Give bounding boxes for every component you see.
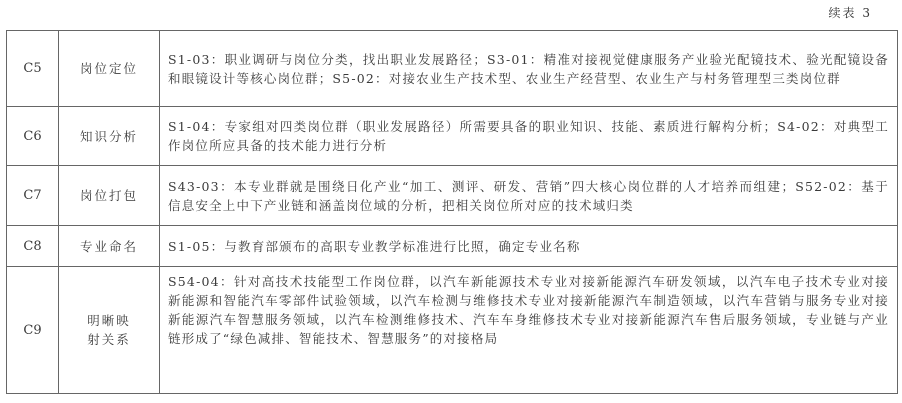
row-name: 专业命名: [59, 226, 160, 267]
row-name: 明晰映射关系: [59, 267, 160, 394]
table-row: C6 知识分析 S1-04：专家组对四类岗位群（职业发展路径）所需要具备的职业知…: [7, 107, 898, 166]
row-name: 岗位打包: [59, 166, 160, 226]
table-row: C9 明晰映射关系 S54-04：针对高技术技能型工作岗位群，以汽车新能源技术专…: [7, 267, 898, 394]
table-continuation-caption: 续表 3: [829, 4, 872, 21]
row-code: C6: [7, 107, 59, 166]
data-table: C5 岗位定位 S1-03：职业调研与岗位分类，找出职业发展路径；S3-01：精…: [6, 30, 898, 394]
table-row: C5 岗位定位 S1-03：职业调研与岗位分类，找出职业发展路径；S3-01：精…: [7, 31, 898, 107]
row-description: S1-04：专家组对四类岗位群（职业发展路径）所需要具备的职业知识、技能、素质进…: [160, 107, 898, 166]
row-name: 岗位定位: [59, 31, 160, 107]
table-row: C7 岗位打包 S43-03：本专业群就是围绕日化产业“加工、测评、研发、营销”…: [7, 166, 898, 226]
row-code: C9: [7, 267, 59, 394]
row-code: C7: [7, 166, 59, 226]
row-code: C5: [7, 31, 59, 107]
row-description: S43-03：本专业群就是围绕日化产业“加工、测评、研发、营销”四大核心岗位群的…: [160, 166, 898, 226]
row-description: S1-03：职业调研与岗位分类，找出职业发展路径；S3-01：精准对接视觉健康服…: [160, 31, 898, 107]
row-description: S1-05：与教育部颁布的高职专业教学标准进行比照，确定专业名称: [160, 226, 898, 267]
row-code: C8: [7, 226, 59, 267]
row-name: 知识分析: [59, 107, 160, 166]
row-description: S54-04：针对高技术技能型工作岗位群，以汽车新能源技术专业对接新能源汽车研发…: [160, 267, 898, 394]
table-row: C8 专业命名 S1-05：与教育部颁布的高职专业教学标准进行比照，确定专业名称: [7, 226, 898, 267]
